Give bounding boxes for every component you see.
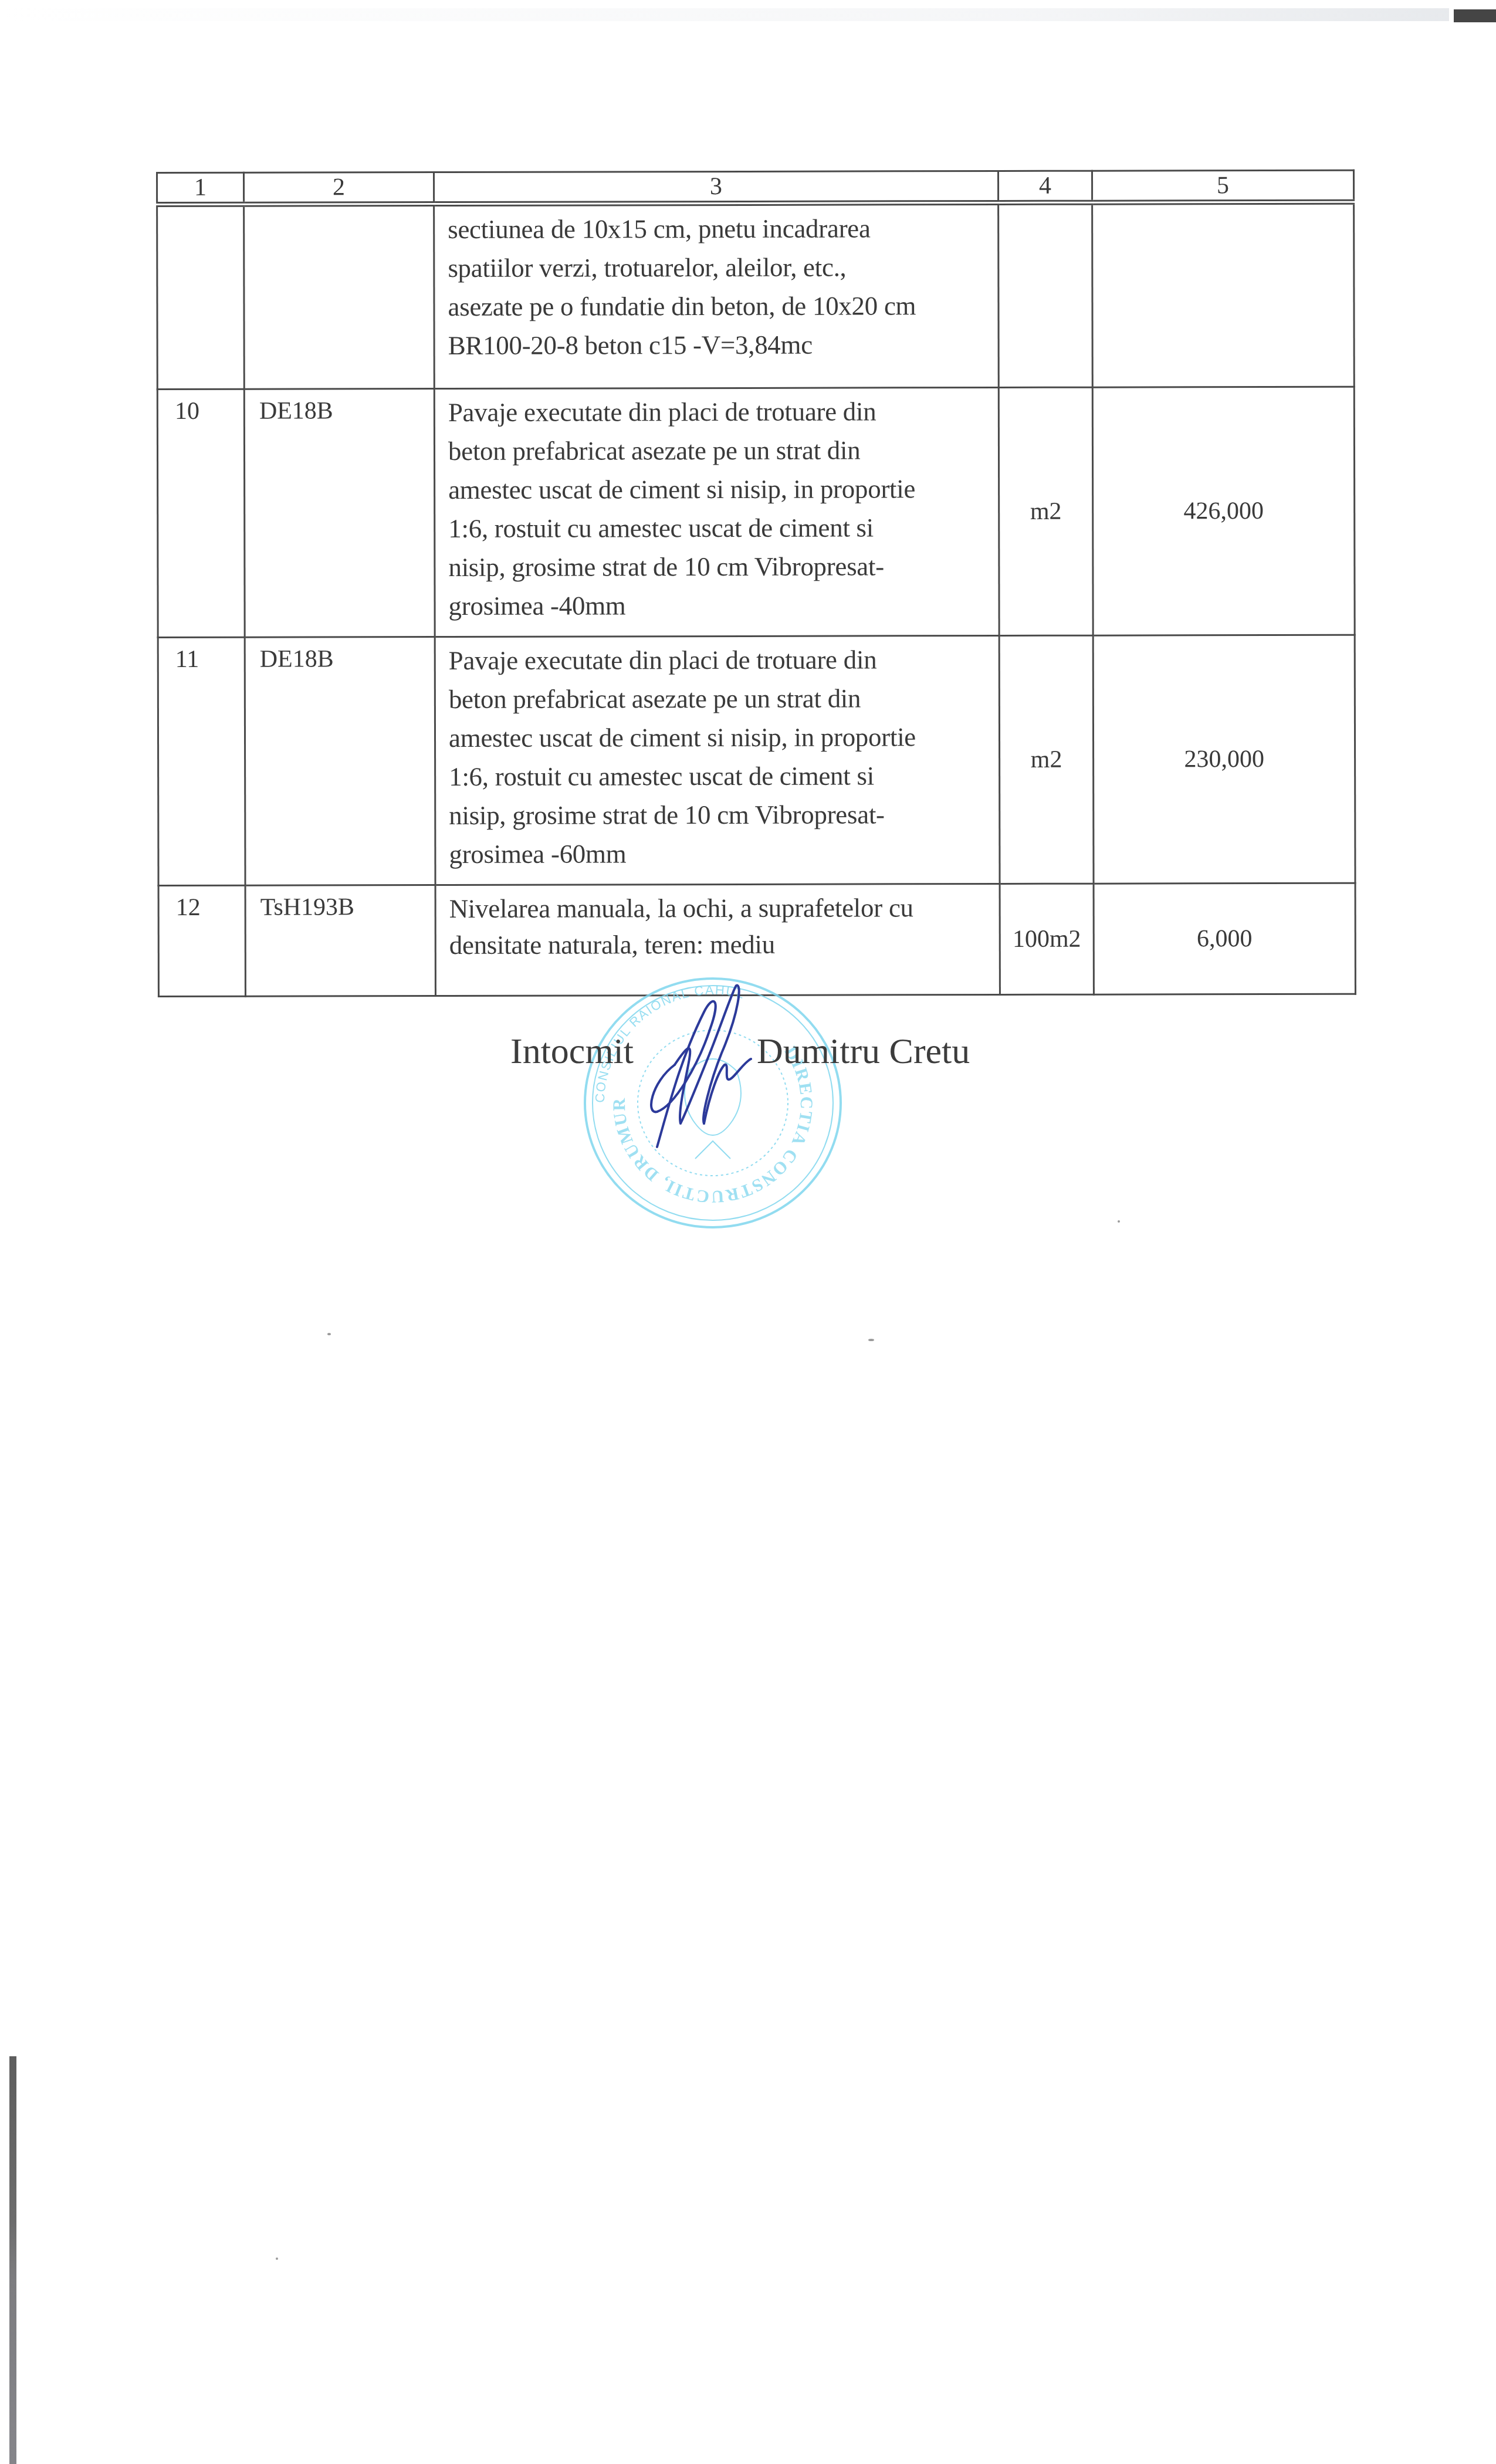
description-line: sectiunea de 10x15 cm, pnetu incadrarea xyxy=(448,209,986,249)
scan-speck xyxy=(276,2257,278,2260)
description-line: grosimea -40mm xyxy=(448,585,986,625)
description-line: grosimea -60mm xyxy=(449,834,987,874)
table-header-row: 1 2 3 4 5 xyxy=(157,170,1354,204)
cell-code: TsH193B xyxy=(245,885,435,997)
description-line: Pavaje executate din placi de trotuare d… xyxy=(449,640,987,680)
table-row: sectiunea de 10x15 cm, pnetu incadrarea … xyxy=(157,202,1355,389)
description-line: Nivelarea manuala, la ochi, a suprafetel… xyxy=(449,889,987,927)
cell-unit: m2 xyxy=(999,635,1094,884)
cell-unit: m2 xyxy=(999,387,1093,635)
scan-artifact-left-edge xyxy=(9,2056,16,2464)
works-table: 1 2 3 4 5 sectiunea de 10x15 cm, pnetu i… xyxy=(156,170,1356,997)
description-line: beton prefabricat asezate pe un strat di… xyxy=(448,431,986,471)
description-line: asezate pe o fundatie din beton, de 10x2… xyxy=(448,286,986,326)
cell-code: DE18B xyxy=(244,389,435,638)
signatory-name: Dumitru Cretu xyxy=(757,1031,970,1072)
description-line: amestec uscat de ciment si nisip, in pro… xyxy=(449,717,987,757)
cell-quantity xyxy=(1092,202,1355,387)
description-line: Pavaje executate din placi de trotuare d… xyxy=(448,392,986,432)
scan-speck xyxy=(868,1339,874,1341)
cell-unit xyxy=(999,202,1093,387)
cell-quantity: 230,000 xyxy=(1093,635,1355,884)
description-line: 1:6, rostuit cu amestec uscat de ciment … xyxy=(448,508,986,548)
description-line: BR100-20-8 beton c15 -V=3,84mc xyxy=(448,325,986,365)
description-line: nisip, grosime strat de 10 cm Vibropresa… xyxy=(449,795,987,835)
description-line: densitate naturala, teren: mediu xyxy=(449,926,987,963)
description-line: beton prefabricat asezate pe un strat di… xyxy=(449,679,987,719)
cell-nr: 12 xyxy=(158,885,245,996)
cell-description: sectiunea de 10x15 cm, pnetu incadrarea … xyxy=(434,202,999,388)
scan-speck xyxy=(1118,1220,1120,1223)
cell-nr: 11 xyxy=(158,637,245,885)
handwritten-signature-icon xyxy=(634,977,774,1153)
cell-quantity: 426,000 xyxy=(1092,387,1355,635)
cell-unit: 100m2 xyxy=(1000,884,1094,994)
cell-description: Pavaje executate din placi de trotuare d… xyxy=(435,635,1000,885)
table-row: 11 DE18B Pavaje executate din placi de t… xyxy=(158,635,1355,885)
cell-description: Pavaje executate din placi de trotuare d… xyxy=(434,387,999,637)
cell-code: DE18B xyxy=(245,637,435,886)
header-col-2: 2 xyxy=(244,172,434,205)
description-line: spatiilor verzi, trotuarelor, aleilor, e… xyxy=(448,248,986,287)
header-col-5: 5 xyxy=(1092,170,1353,202)
header-col-4: 4 xyxy=(999,171,1092,202)
scan-artifact-top-block xyxy=(1454,9,1496,22)
header-col-1: 1 xyxy=(157,172,244,204)
description-line: amestec uscat de ciment si nisip, in pro… xyxy=(448,469,986,509)
cell-quantity: 6,000 xyxy=(1094,883,1355,994)
cell-code xyxy=(244,204,435,390)
cell-nr xyxy=(157,204,245,389)
header-col-3: 3 xyxy=(434,171,999,204)
scan-artifact-top xyxy=(0,8,1449,21)
description-line: 1:6, rostuit cu amestec uscat de ciment … xyxy=(449,756,987,796)
scan-speck xyxy=(327,1333,331,1335)
description-line: nisip, grosime strat de 10 cm Vibropresa… xyxy=(448,547,986,587)
prepared-by-label: Intocmit xyxy=(510,1031,634,1072)
table-row: 10 DE18B Pavaje executate din placi de t… xyxy=(157,387,1355,637)
cell-nr: 10 xyxy=(157,389,245,637)
